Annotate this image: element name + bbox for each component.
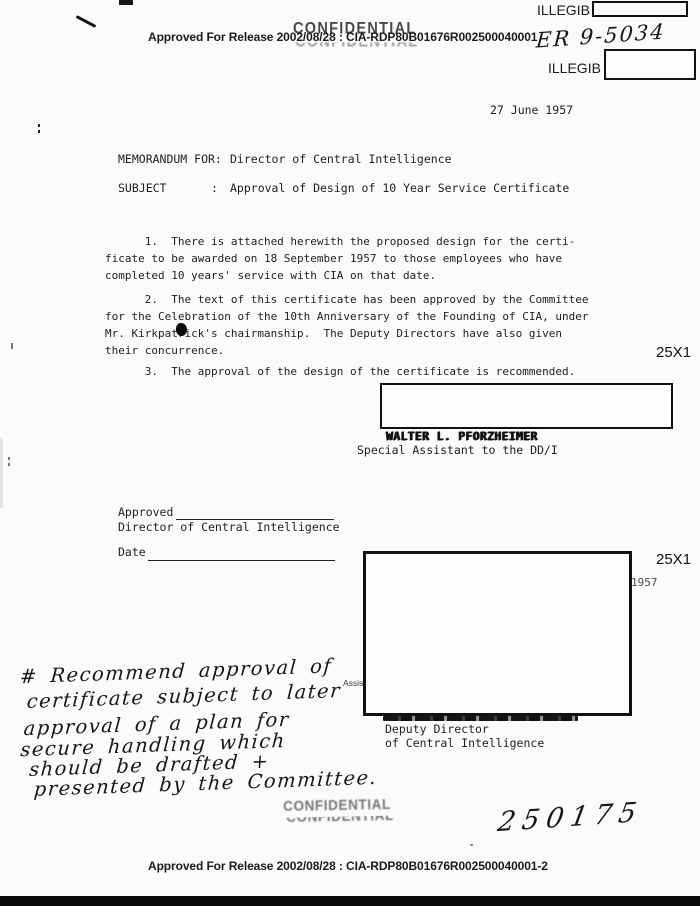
confidential-stamp-bottom: CONFIDENTIAL xyxy=(283,796,391,815)
memo-for-label: MEMORANDUM FOR: xyxy=(118,152,222,166)
classification-code-1: 25X1 xyxy=(656,344,691,361)
illegib-marker-2: ILLEGIB xyxy=(548,60,601,76)
scan-artifact xyxy=(38,130,40,133)
date-signature-line xyxy=(148,560,335,561)
handwritten-note: # Recommend approval of certificate subj… xyxy=(11,647,386,820)
redaction-box-top-1 xyxy=(592,1,688,17)
subject-label: SUBJECT xyxy=(118,181,166,195)
subject-value: Approval of Design of 10 Year Service Ce… xyxy=(230,181,569,195)
illegib-marker-1: ILLEGIB xyxy=(537,2,590,18)
scan-artifact xyxy=(11,343,13,349)
stamp-year: 1957 xyxy=(631,576,658,589)
approved-title: Director of Central Intelligence xyxy=(118,520,340,534)
paragraph-3: 3. The approval of the design of the cer… xyxy=(105,363,575,380)
scan-artifact xyxy=(76,15,97,28)
document-date: 27 June 1957 xyxy=(490,103,573,117)
scan-artifact xyxy=(8,463,10,466)
classification-code-2: 25X1 xyxy=(656,551,691,568)
obliterated-name-line xyxy=(383,716,578,721)
deputy-title-line1: Deputy Director xyxy=(385,722,489,736)
approved-label: Approved xyxy=(118,505,173,519)
signer-title: Special Assistant to the DD/I xyxy=(357,443,558,457)
scan-artifact xyxy=(38,124,40,127)
scan-artifact xyxy=(119,0,133,5)
document-page: ILLEGIB ILLEGIB Approved For Release 200… xyxy=(0,0,700,906)
redaction-bar-bottom xyxy=(0,896,700,906)
confidential-stamp-top: CONFIDENTIAL xyxy=(293,20,417,38)
redaction-box-signature xyxy=(380,383,673,429)
memo-for-value: Director of Central Intelligence xyxy=(230,152,452,166)
scan-artifact xyxy=(0,438,3,508)
redaction-box-top-2 xyxy=(604,49,696,80)
scan-artifact xyxy=(8,457,10,460)
paragraph-1: 1. There is attached herewith the propos… xyxy=(105,233,575,284)
release-footer: Approved For Release 2002/08/28 : CIA-RD… xyxy=(148,859,548,873)
handwritten-number: 250175 xyxy=(495,797,645,839)
deputy-title-line2: of Central Intelligence xyxy=(385,736,544,750)
date-label: Date xyxy=(118,545,146,559)
ink-blot xyxy=(176,323,187,336)
redaction-box-large xyxy=(363,551,632,716)
subject-colon: : xyxy=(211,181,218,195)
handwritten-reference: ER 9-5034 xyxy=(535,19,666,52)
signer-name: WALTER L. PFORZHEIMER xyxy=(386,429,538,443)
scan-artifact xyxy=(470,844,473,846)
